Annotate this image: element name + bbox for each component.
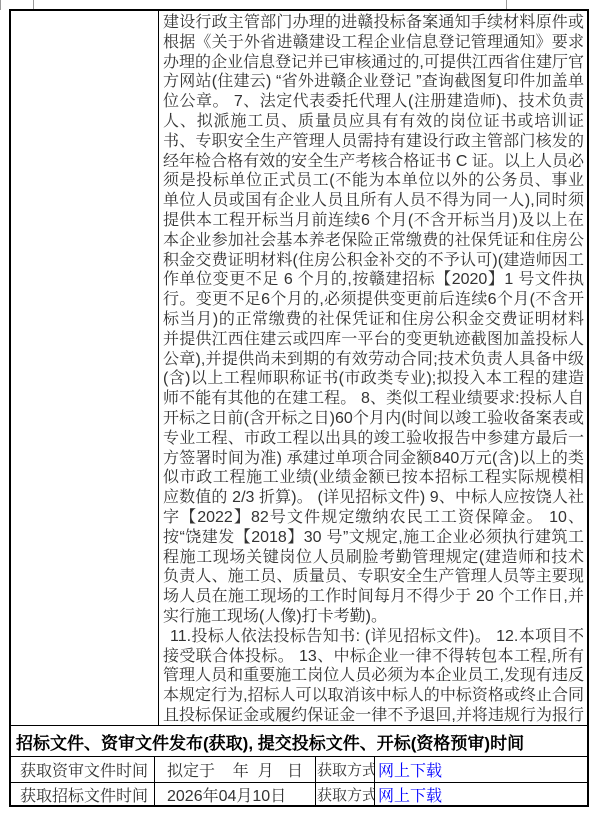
notice-paragraph-1: 建设行政主管部门办理的进赣投标备案通知手续材料原件或根据《关于外省进赣建设工程企… [163, 13, 584, 627]
notice-paragraph-2: 11.投标人依法投标告知书: (详见招标文件)。 12.本项目不接受联合体投标。… [163, 627, 584, 725]
notice-body-cell: 建设行政主管部门办理的进赣投标备案通知手续材料原件或根据《关于外省进赣建设工程企… [159, 11, 587, 725]
section-header-title: 招标文件、资审文件发布(获取), 提交投标文件、开标(资格预审)时间 [16, 729, 524, 754]
method-value-cell: 网上下载 [375, 783, 587, 805]
top-edge-tick-left [0, 0, 1, 10]
row-time-value: 2026年04月10日 [155, 783, 316, 805]
section-header-row: 招标文件、资审文件发布(获取), 提交投标文件、开标(资格预审)时间 [11, 725, 587, 756]
row-time-value: 拟定于 年 月 日 [155, 757, 316, 782]
tender-file-time-row: 获取招标文件时间 2026年04月10日 获取方式 网上下载 [11, 782, 587, 805]
method-value-cell: 网上下载 [375, 757, 587, 782]
top-edge-tick-mid [33, 0, 34, 9]
notice-body-row: 建设行政主管部门办理的进赣投标备案通知手续材料原件或根据《关于外省进赣建设工程企… [11, 11, 587, 725]
prequalification-file-time-row: 获取资审文件时间 拟定于 年 月 日 获取方式 网上下载 [11, 756, 587, 782]
method-label: 获取方式 [316, 757, 375, 782]
online-download-link[interactable]: 网上下载 [378, 783, 442, 805]
row-label: 获取招标文件时间 [11, 783, 155, 805]
tender-notice-page: 建设行政主管部门办理的进赣投标备案通知手续材料原件或根据《关于外省进赣建设工程企… [0, 0, 596, 817]
top-edge-tick-right [506, 0, 507, 9]
tender-notice-table: 建设行政主管部门办理的进赣投标备案通知手续材料原件或根据《关于外省进赣建设工程企… [9, 9, 589, 807]
empty-label-cell [11, 11, 159, 725]
online-download-link[interactable]: 网上下载 [378, 758, 442, 781]
row-label: 获取资审文件时间 [11, 757, 155, 782]
method-label: 获取方式 [316, 783, 375, 805]
